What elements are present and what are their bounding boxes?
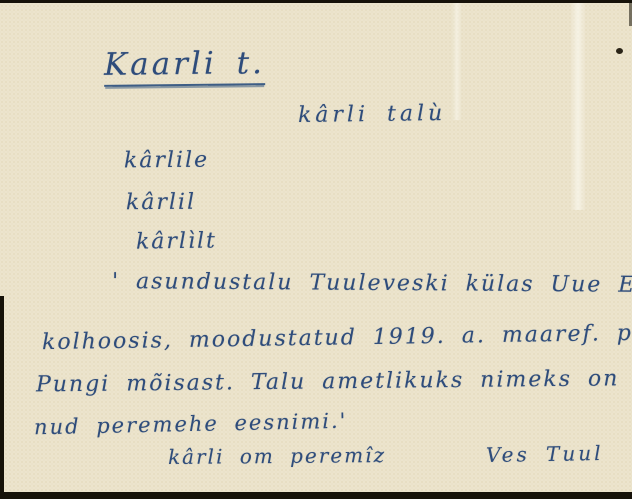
collector-signature: Ves Tuul (486, 441, 604, 467)
photo-edge-left (0, 296, 4, 499)
case-form-allative: kârlile (124, 148, 209, 174)
paper-crease (452, 0, 462, 120)
photo-edge-top (0, 0, 632, 3)
paper-speck (616, 48, 623, 54)
index-card: Kaarli t. kârli talù kârlile kârlil kârl… (0, 0, 632, 499)
photo-edge-bottom (0, 492, 632, 499)
body-line: kolhoosis, moodustatud 1919. a. maaref. … (42, 320, 632, 355)
body-line: ' asundustalu Tuuleveski külas Uue Elu (112, 269, 632, 298)
body-line: nud peremehe eesnimi.' (34, 409, 348, 440)
body-line: Pungi mõisast. Talu ametlikuks nimeks on… (36, 366, 632, 398)
case-form-ablative: kârlìlt (136, 228, 217, 254)
example-phrase: kârli om peremîz (168, 443, 386, 469)
case-form-adessive: kârlil (126, 190, 196, 216)
phonetic-heading: kârli talù (298, 101, 447, 128)
paper-crease (570, 0, 586, 210)
card-title: Kaarli t. (104, 45, 265, 87)
